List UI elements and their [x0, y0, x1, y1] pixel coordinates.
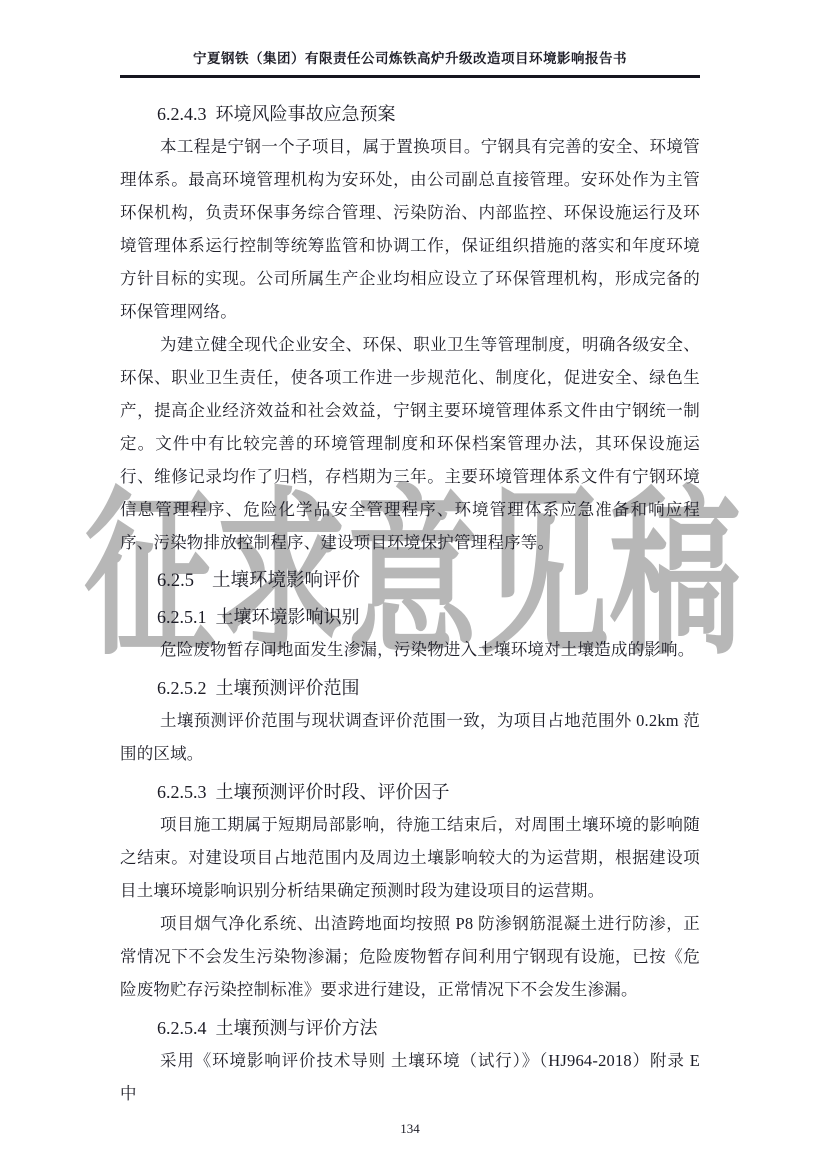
paragraph: 为建立健全现代企业安全、环保、职业卫生等管理制度，明确各级安全、环保、职业卫生责… [120, 328, 700, 559]
heading-text: 土壤预测评价时段、评价因子 [216, 782, 450, 802]
page-number: 134 [120, 1120, 700, 1138]
heading-number: 6.2.5.3 [157, 782, 207, 802]
paragraph: 本工程是宁钢一个子项目，属于置换项目。宁钢具有完善的安全、环境管理体系。最高环境… [120, 130, 700, 328]
heading-text: 土壤预测评价范围 [216, 678, 360, 698]
document-page: 征求意见稿 宁夏钢铁（集团）有限责任公司炼铁高炉升级改造项目环境影响报告书 6.… [0, 0, 819, 1158]
paragraph: 项目施工期属于短期局部影响，待施工结束后，对周围土壤环境的影响随之结束。对建设项… [120, 808, 700, 907]
heading-text: 土壤环境影响评价 [212, 571, 360, 591]
heading-6-2-5: 6.2.5土壤环境影响评价 [120, 567, 700, 595]
page-content: 宁夏钢铁（集团）有限责任公司炼铁高炉升级改造项目环境影响报告书 6.2.4.3环… [0, 0, 819, 1138]
paragraph: 采用《环境影响评价技术导则 土壤环境（试行）》（HJ964-2018）附录 E … [120, 1044, 700, 1110]
heading-number: 6.2.5.1 [157, 607, 207, 627]
paragraph: 土壤预测评价范围与现状调查评价范围一致，为项目占地范围外 0.2km 范围的区域… [120, 704, 700, 770]
header-divider-rule [120, 75, 700, 78]
heading-6-2-5-4: 6.2.5.4土壤预测与评价方法 [120, 1014, 700, 1042]
paragraph: 项目烟气净化系统、出渣跨地面均按照 P8 防渗钢筋混凝土进行防渗，正常情况下不会… [120, 907, 700, 1006]
heading-number: 6.2.5.2 [157, 678, 207, 698]
heading-6-2-5-2: 6.2.5.2土壤预测评价范围 [120, 674, 700, 702]
heading-number: 6.2.4.3 [157, 104, 207, 124]
paragraph: 危险废物暂存间地面发生渗漏，污染物进入土壤环境对土壤造成的影响。 [120, 633, 700, 666]
report-header-title: 宁夏钢铁（集团）有限责任公司炼铁高炉升级改造项目环境影响报告书 [120, 0, 700, 69]
heading-6-2-5-1: 6.2.5.1土壤环境影响识别 [120, 603, 700, 631]
heading-number: 6.2.5 [157, 571, 194, 591]
heading-6-2-5-3: 6.2.5.3土壤预测评价时段、评价因子 [120, 778, 700, 806]
heading-number: 6.2.5.4 [157, 1018, 207, 1038]
heading-text: 土壤预测与评价方法 [216, 1018, 378, 1038]
heading-text: 环境风险事故应急预案 [216, 104, 396, 124]
heading-text: 土壤环境影响识别 [216, 607, 360, 627]
heading-6-2-4-3: 6.2.4.3环境风险事故应急预案 [120, 100, 700, 128]
